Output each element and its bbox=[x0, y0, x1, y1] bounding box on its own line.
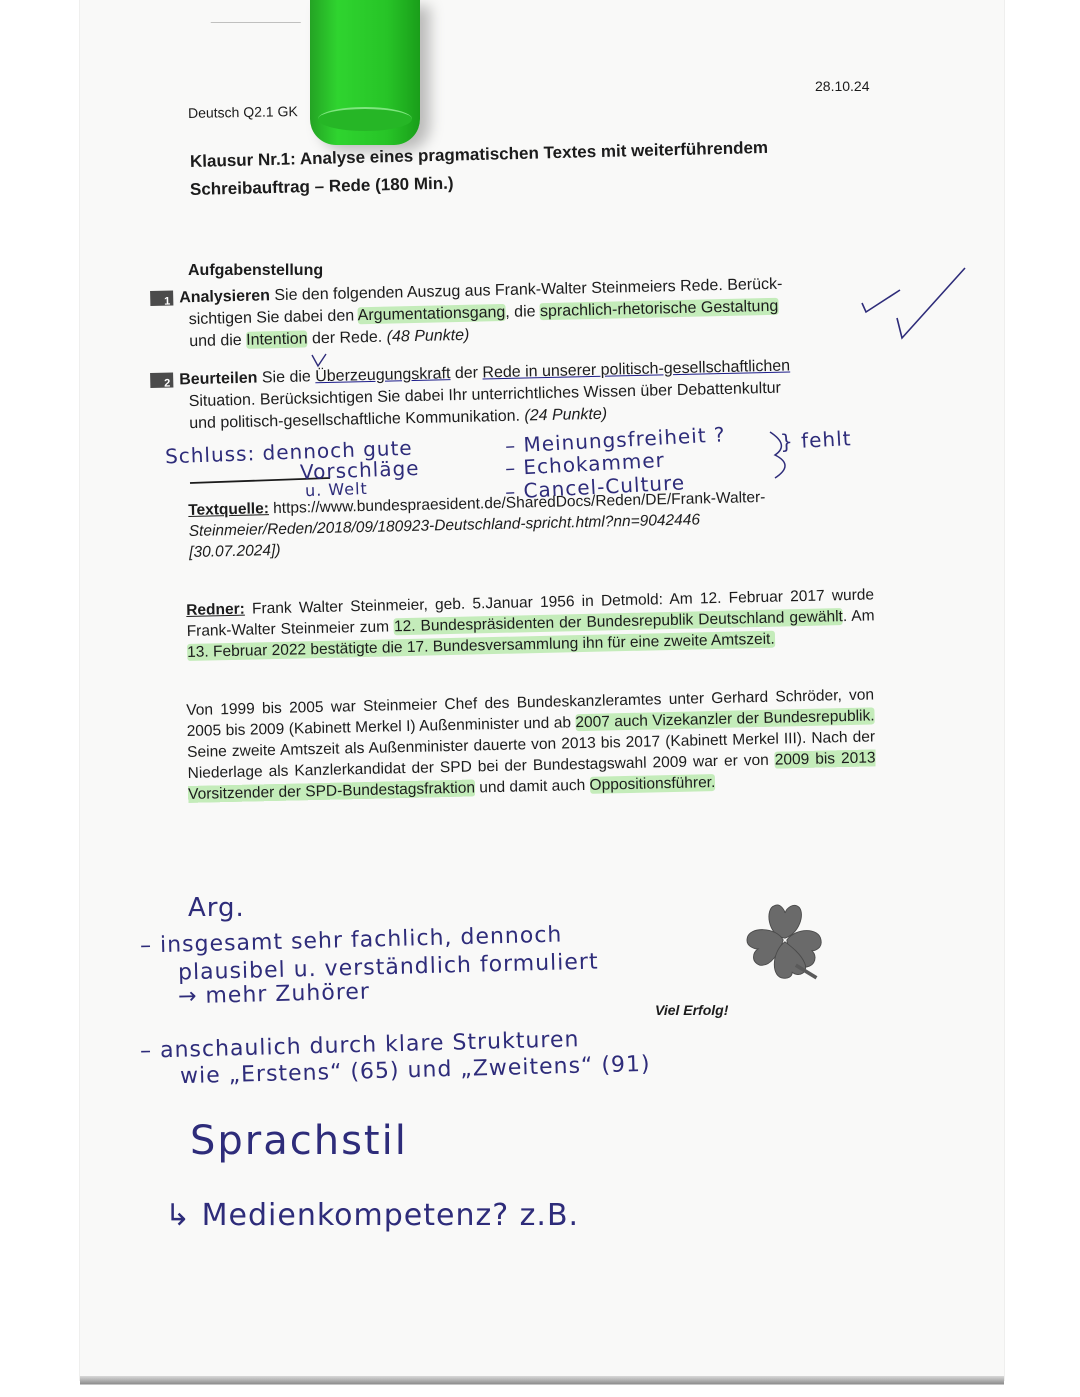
source-label: Textquelle: bbox=[188, 500, 269, 519]
checkmark-icon bbox=[312, 354, 326, 366]
text-source: Textquelle: https://www.bundespraesident… bbox=[188, 487, 766, 563]
bio-text: . Am bbox=[843, 607, 875, 625]
note-medienkompetenz: ↳ Medienkompetenz? z.B. bbox=[165, 1198, 579, 1233]
speaker-label: Redner: bbox=[186, 601, 245, 619]
note-sprachstil: Sprachstil bbox=[190, 1118, 408, 1164]
highlight-vizekanzler: 2007 auch Vizekanzler der Bundesrepublik… bbox=[575, 707, 875, 731]
good-luck-text: Viel Erfolg! bbox=[655, 1002, 728, 1018]
note-arg-heading: Arg. bbox=[188, 893, 245, 923]
speaker-bio-p2: Von 1999 bis 2005 war Steinmeier Chef de… bbox=[186, 684, 876, 805]
note-item1-line3: → mehr Zuhörer bbox=[178, 979, 371, 1009]
checkmark-icon bbox=[897, 268, 965, 338]
checkmark-icon bbox=[862, 290, 900, 312]
four-leaf-clover-icon bbox=[740, 895, 830, 985]
bio-text: und damit auch bbox=[475, 777, 590, 797]
highlight-oppositionsfuehrer: Oppositionsführer. bbox=[589, 774, 715, 794]
note-fehlt: } fehlt bbox=[779, 426, 852, 454]
